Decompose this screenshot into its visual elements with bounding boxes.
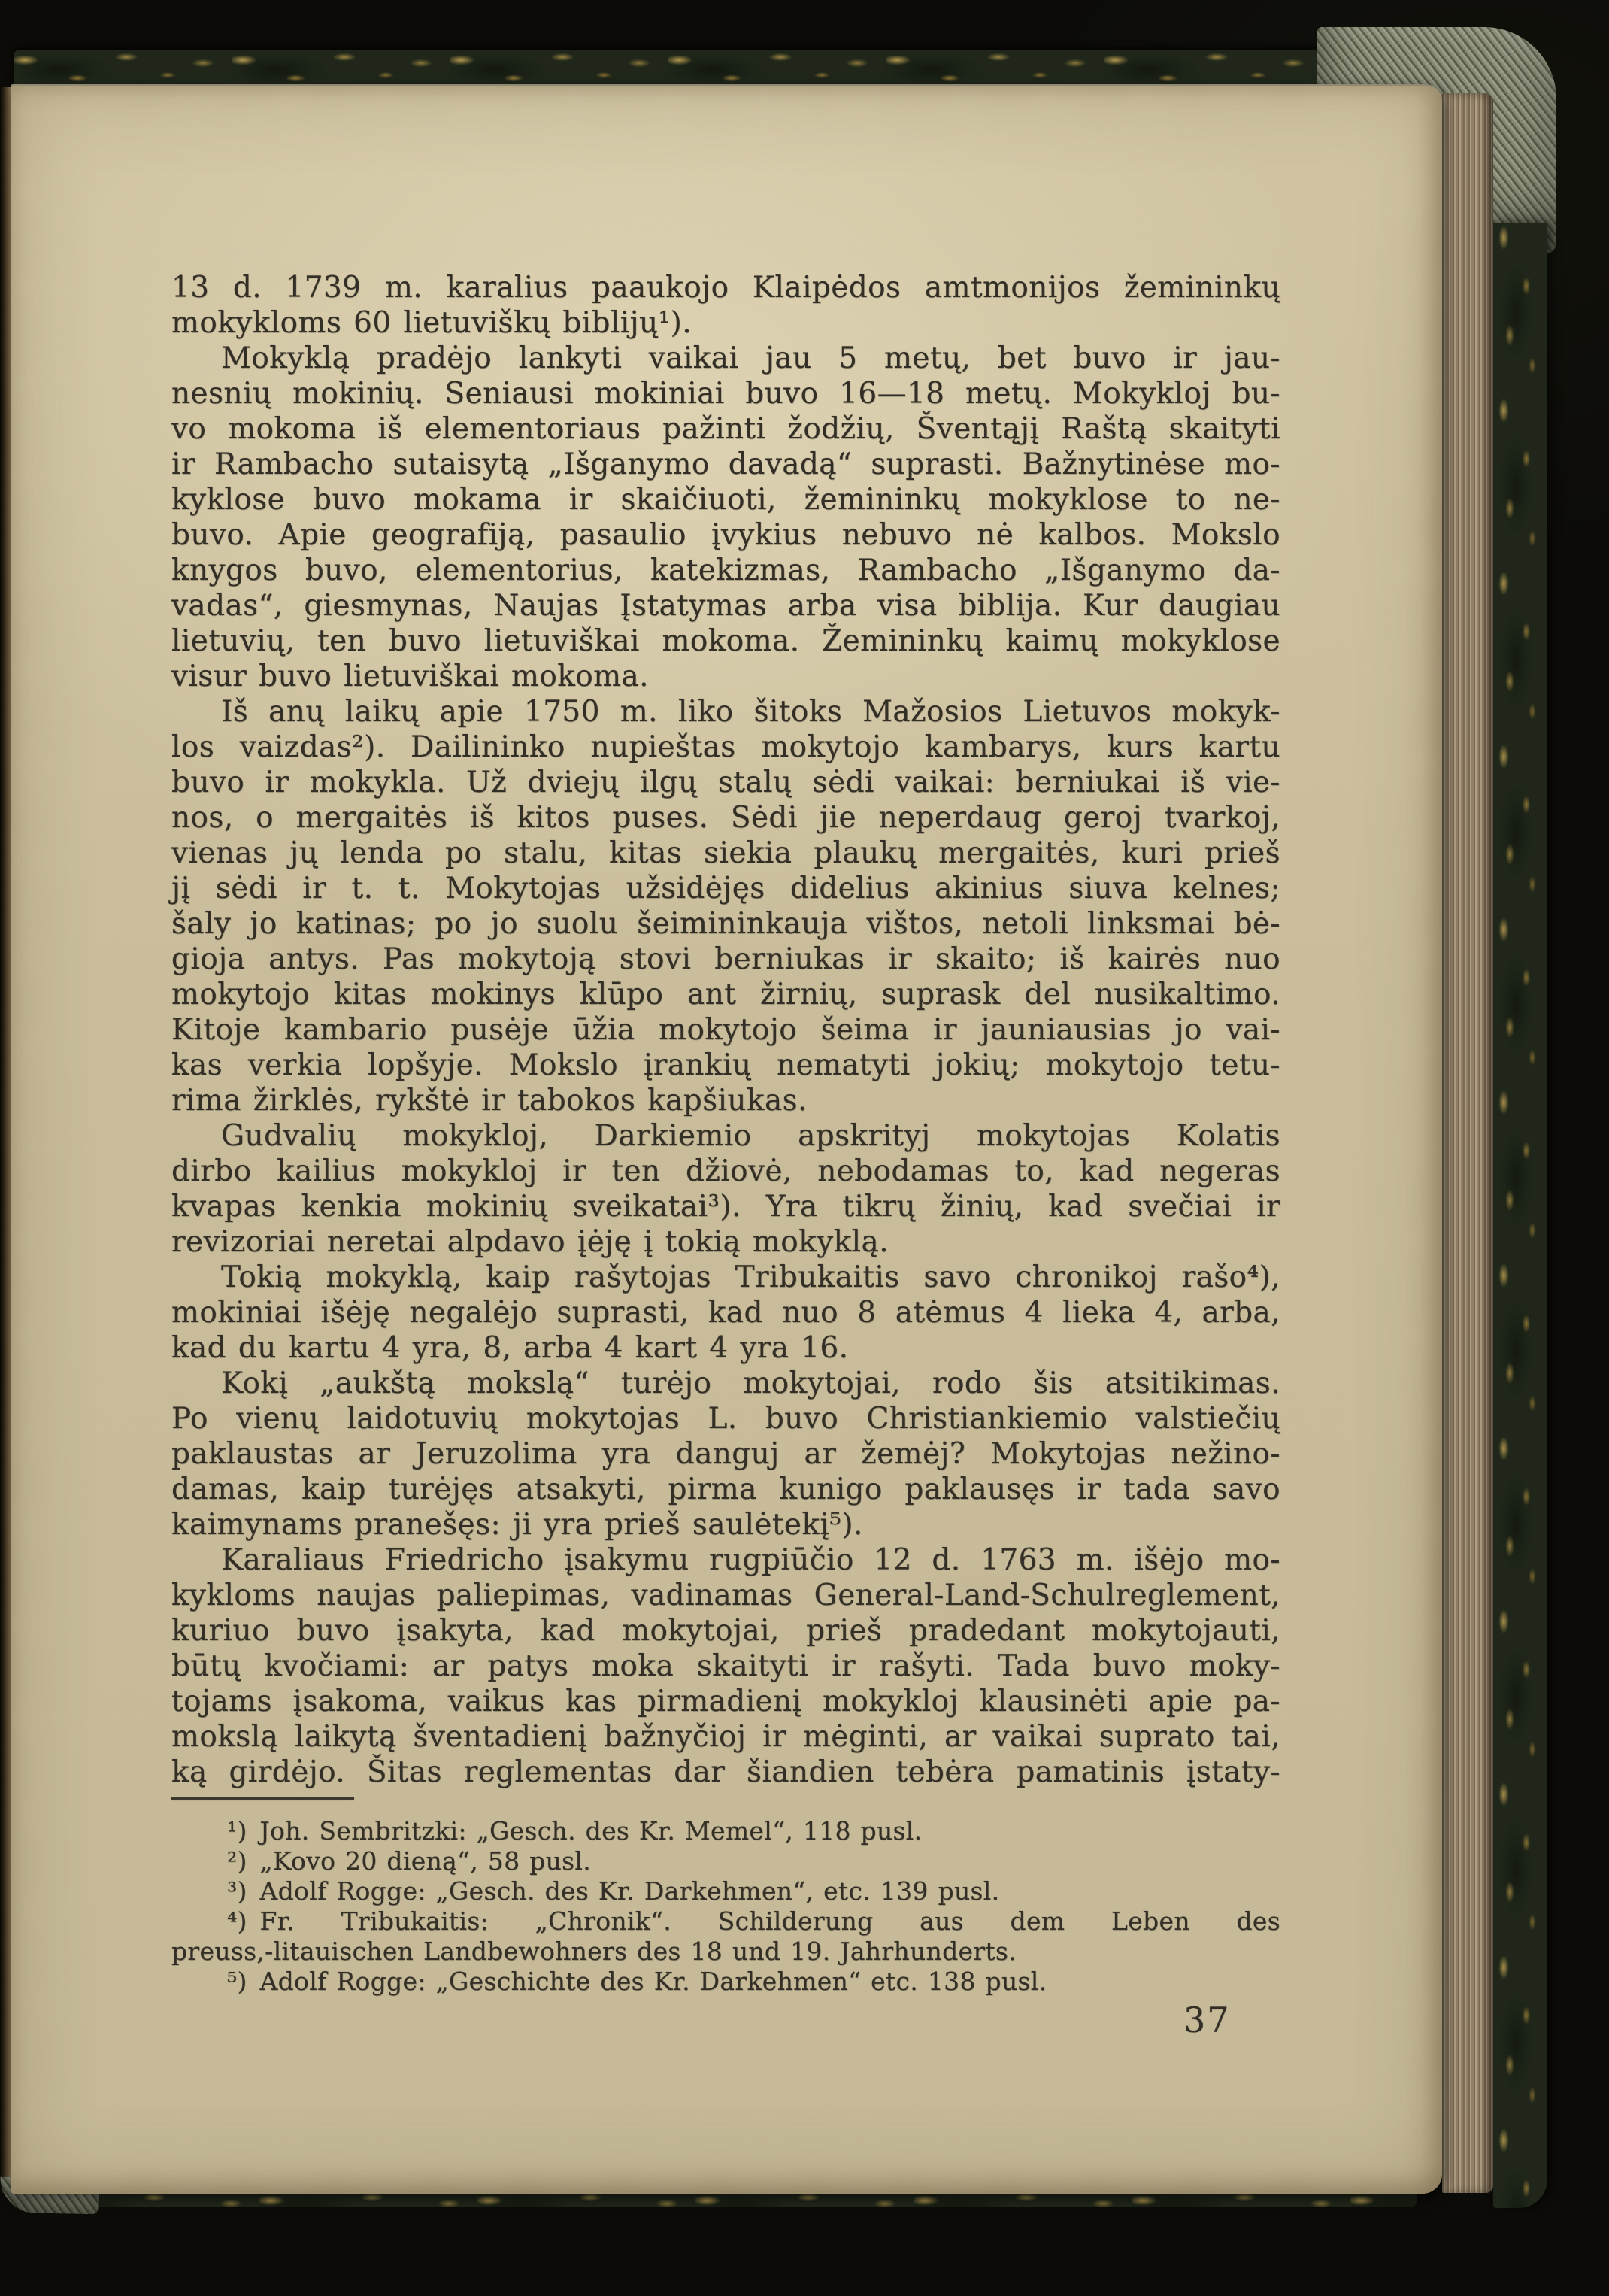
text-line: Tokią mokyklą, kaip rašytojas Tribukaiti…	[171, 1260, 1280, 1295]
footnote-line: preuss,-litauischen Landbewohners des 18…	[171, 1937, 1280, 1967]
text-line: vadas“, giesmynas, Naujas Įstatymas arba…	[171, 588, 1280, 623]
text-line: kuriuo buvo įsakyta, kad mokytojai, prie…	[171, 1613, 1280, 1648]
text-line: buvo. Apie geografiją, pasaulio įvykius …	[171, 517, 1280, 553]
text-line: kaimynams pranešęs: ji yra prieš saulėte…	[171, 1507, 1280, 1542]
text-line: Iš anų laikų apie 1750 m. liko šitoks Ma…	[171, 694, 1280, 729]
book-cover-top-edge	[14, 50, 1476, 87]
scanned-book-photo: { "page": { "number": "37" }, "content":…	[0, 0, 1609, 2296]
text-line: kad du kartu 4 yra, 8, arba 4 kart 4 yra…	[171, 1330, 1280, 1366]
text-line: rima žirklės, rykštė ir tabokos kapšiuka…	[171, 1083, 1280, 1118]
text-line: Kitoje kambario pusėje ūžia mokytojo šei…	[171, 1012, 1280, 1048]
text-line: ir Rambacho sutaisytą „Išganymo davadą“ …	[171, 447, 1280, 482]
text-line: kvapas kenkia mokinių sveikatai³). Yra t…	[171, 1189, 1280, 1224]
text-line: knygos buvo, elementorius, katekizmas, R…	[171, 553, 1280, 588]
text-line: vienas jų lenda po stalu, kitas siekia p…	[171, 836, 1280, 871]
book-cover-right-edge	[1493, 223, 1547, 2208]
paragraph: Gudvalių mokykloj, Darkiemio apskrityj m…	[171, 1118, 1280, 1260]
paragraph: Mokyklą pradėjo lankyti vaikai jau 5 met…	[171, 341, 1280, 694]
text-line: būtų kvočiami: ar patys moka skaityti ir…	[171, 1648, 1280, 1684]
paragraph: Tokią mokyklą, kaip rašytojas Tribukaiti…	[171, 1260, 1280, 1366]
footnote-line: ²) „Kovo 20 dieną“, 58 pusl.	[171, 1846, 1280, 1876]
book-fore-edge-pages	[1442, 93, 1493, 2193]
text-line: buvo ir mokykla. Už dviejų ilgų stalų sė…	[171, 765, 1280, 800]
text-line: kykloms naujas paliepimas, vadinamas Gen…	[171, 1578, 1280, 1613]
text-line: mokykloms 60 lietuviškų biblijų¹).	[171, 305, 1280, 341]
text-line: vo mokoma iš elementoriaus pažinti žodži…	[171, 411, 1280, 447]
text-line: dirbo kailius mokykloj ir ten džiovė, ne…	[171, 1154, 1280, 1189]
text-line: mokiniai išėję negalėjo suprasti, kad nu…	[171, 1295, 1280, 1330]
text-line: gioja antys. Pas mokytoją stovi berniuka…	[171, 942, 1280, 977]
body-text: 13 d. 1739 m. karalius paaukojo Klaipėdo…	[171, 270, 1280, 1790]
paragraph: Iš anų laikų apie 1750 m. liko šitoks Ma…	[171, 694, 1280, 1118]
text-line: kas verkia lopšyje. Mokslo įrankių nemat…	[171, 1048, 1280, 1083]
footnotes: ¹) Joh. Sembritzki: „Gesch. des Kr. Meme…	[171, 1816, 1280, 1997]
text-line: damas, kaip turėjęs atsakyti, pirma kuni…	[171, 1472, 1280, 1507]
text-line: revizoriai neretai alpdavo įėję į tokią …	[171, 1224, 1280, 1260]
book-spine-left-edge	[0, 87, 11, 2193]
text-line: kyklose buvo mokama ir skaičiuoti, žemin…	[171, 482, 1280, 517]
text-line: ką girdėjo. Šitas reglementas dar šiandi…	[171, 1755, 1280, 1790]
page-number: 37	[1183, 2000, 1266, 2040]
paragraph: Karaliaus Friedricho įsakymu rugpiūčio 1…	[171, 1542, 1280, 1790]
text-line: jį sėdi ir t. t. Mokytojas užsidėjęs did…	[171, 871, 1280, 906]
footnote-rule	[171, 1797, 354, 1800]
text-line: paklaustas ar Jeruzolima yra danguj ar ž…	[171, 1436, 1280, 1472]
text-line: Po vienų laidotuvių mokytojas L. buvo Ch…	[171, 1401, 1280, 1436]
paragraph: Kokį „aukštą mokslą“ turėjo mokytojai, r…	[171, 1366, 1280, 1542]
book-page: 13 d. 1739 m. karalius paaukojo Klaipėdo…	[11, 84, 1442, 2194]
text-line: mokslą laikytą šventadienį bažnyčioj ir …	[171, 1719, 1280, 1755]
text-line: visur buvo lietuviškai mokoma.	[171, 659, 1280, 694]
footnote-line: ⁴) Fr. Tribukaitis: „Chronik“. Schilderu…	[171, 1906, 1280, 1937]
text-line: tojams įsakoma, vaikus kas pirmadienį mo…	[171, 1684, 1280, 1719]
text-line: 13 d. 1739 m. karalius paaukojo Klaipėdo…	[171, 270, 1280, 305]
page-text-block: 13 d. 1739 m. karalius paaukojo Klaipėdo…	[171, 270, 1280, 1997]
footnote-line: ⁵) Adolf Rogge: „Geschichte des Kr. Dark…	[171, 1967, 1280, 1997]
text-line: šaly jo katinas; po jo suolu šeimininkau…	[171, 906, 1280, 942]
text-line: nos, o mergaitės iš kitos puses. Sėdi ji…	[171, 800, 1280, 836]
text-line: Mokyklą pradėjo lankyti vaikai jau 5 met…	[171, 341, 1280, 376]
footnote-line: ¹) Joh. Sembritzki: „Gesch. des Kr. Meme…	[171, 1816, 1280, 1846]
text-line: Kokį „aukštą mokslą“ turėjo mokytojai, r…	[171, 1366, 1280, 1401]
text-line: Gudvalių mokykloj, Darkiemio apskrityj m…	[171, 1118, 1280, 1154]
text-line: los vaizdas²). Dailininko nupieštas moky…	[171, 729, 1280, 765]
text-line: nesnių mokinių. Seniausi mokiniai buvo 1…	[171, 376, 1280, 411]
text-line: lietuvių, ten buvo lietuviškai mokoma. Ž…	[171, 623, 1280, 659]
footnote-line: ³) Adolf Rogge: „Gesch. des Kr. Darkehme…	[171, 1876, 1280, 1906]
paragraph: 13 d. 1739 m. karalius paaukojo Klaipėdo…	[171, 270, 1280, 341]
text-line: mokytojo kitas mokinys klūpo ant žirnių,…	[171, 977, 1280, 1012]
text-line: Karaliaus Friedricho įsakymu rugpiūčio 1…	[171, 1542, 1280, 1578]
